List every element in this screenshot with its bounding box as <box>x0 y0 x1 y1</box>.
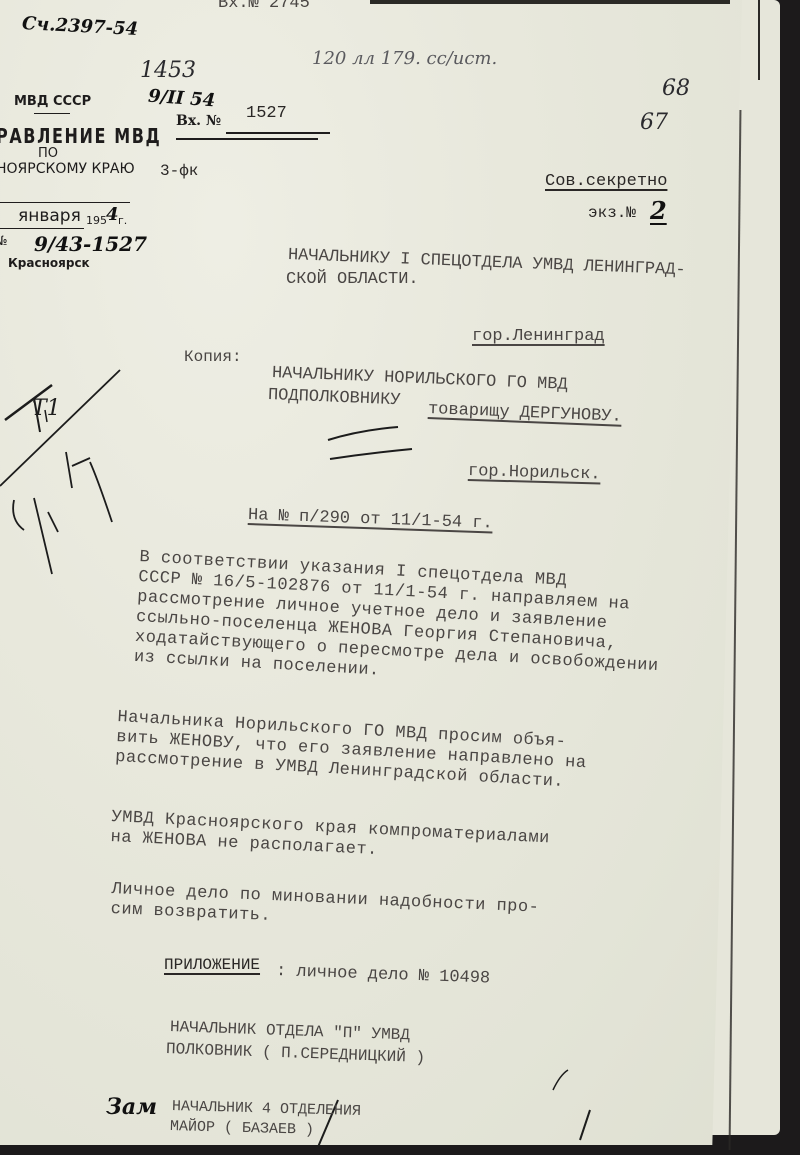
margin-note-t1: Т1 <box>32 396 61 421</box>
attachment-label: ПРИЛОЖЕНИЕ <box>164 956 260 974</box>
signature-mark: Зам <box>106 1094 157 1120</box>
